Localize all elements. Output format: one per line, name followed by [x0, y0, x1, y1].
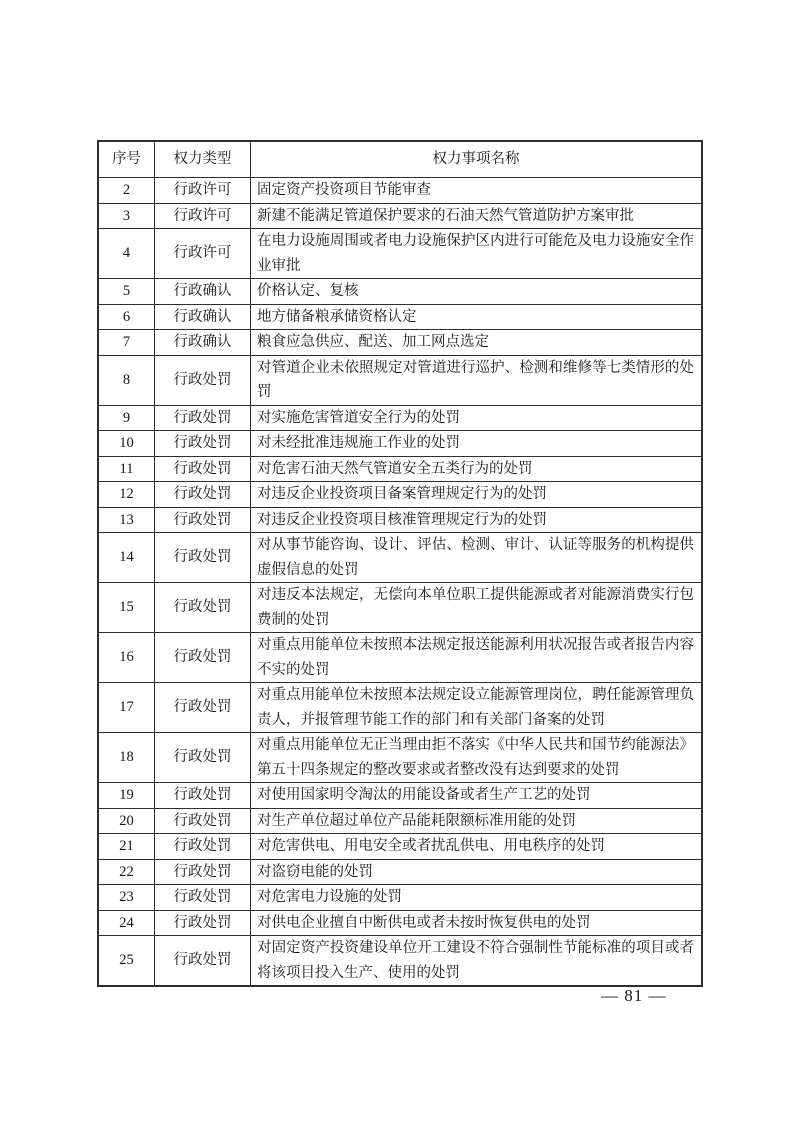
- table-body: 2行政许可固定资产投资项目节能审查3行政许可新建不能满足管道保护要求的石油天然气…: [98, 178, 702, 987]
- power-items-table: 序号 权力类型 权力事项名称 2行政许可固定资产投资项目节能审查3行政许可新建不…: [97, 140, 703, 987]
- table-row: 7行政确认粮食应急供应、配送、加工网点选定: [98, 330, 702, 356]
- header-seq-number: 序号: [98, 141, 155, 178]
- table-row: 22行政处罚对盗窃电能的处罚: [98, 859, 702, 885]
- cell-power-type: 行政处罚: [155, 533, 251, 583]
- cell-power-item-name: 新建不能满足管道保护要求的石油天然气管道防护方案审批: [251, 203, 703, 229]
- cell-power-item-name: 对危害电力设施的处罚: [251, 885, 703, 911]
- cell-seq-number: 3: [98, 203, 155, 229]
- page-number: — 81 —: [601, 986, 701, 1006]
- table-row: 9行政处罚对实施危害管道安全行为的处罚: [98, 405, 702, 431]
- cell-power-item-name: 对供电企业擅自中断供电或者未按时恢复供电的处罚: [251, 910, 703, 936]
- table-row: 23行政处罚对危害电力设施的处罚: [98, 885, 702, 911]
- cell-power-type: 行政处罚: [155, 355, 251, 405]
- cell-power-item-name: 对重点用能单位未按照本法规定报送能源利用状况报告或者报告内容不实的处罚: [251, 633, 703, 683]
- cell-power-item-name: 对生产单位超过单位产品能耗限额标准用能的处罚: [251, 808, 703, 834]
- cell-power-type: 行政处罚: [155, 683, 251, 733]
- cell-seq-number: 6: [98, 304, 155, 330]
- cell-power-item-name: 固定资产投资项目节能审查: [251, 178, 703, 204]
- cell-power-type: 行政处罚: [155, 456, 251, 482]
- table-row: 16行政处罚对重点用能单位未按照本法规定报送能源利用状况报告或者报告内容不实的处…: [98, 633, 702, 683]
- table-row: 4行政许可在电力设施周围或者电力设施保护区内进行可能危及电力设施安全作业审批: [98, 229, 702, 279]
- cell-power-item-name: 价格认定、复核: [251, 279, 703, 305]
- table-row: 2行政许可固定资产投资项目节能审查: [98, 178, 702, 204]
- cell-seq-number: 8: [98, 355, 155, 405]
- table-row: 10行政处罚对未经批准违规施工作业的处罚: [98, 431, 702, 457]
- table-row: 12行政处罚对违反企业投资项目备案管理规定行为的处罚: [98, 482, 702, 508]
- cell-power-type: 行政处罚: [155, 507, 251, 533]
- cell-power-type: 行政处罚: [155, 482, 251, 508]
- cell-seq-number: 12: [98, 482, 155, 508]
- cell-seq-number: 5: [98, 279, 155, 305]
- cell-power-type: 行政处罚: [155, 405, 251, 431]
- cell-seq-number: 25: [98, 936, 155, 987]
- cell-power-type: 行政处罚: [155, 910, 251, 936]
- cell-power-item-name: 对管道企业未依照规定对管道进行巡护、检测和维修等七类情形的处罚: [251, 355, 703, 405]
- table-row: 21行政处罚对危害供电、用电安全或者扰乱供电、用电秩序的处罚: [98, 834, 702, 860]
- cell-seq-number: 9: [98, 405, 155, 431]
- cell-power-type: 行政确认: [155, 330, 251, 356]
- cell-power-item-name: 对实施危害管道安全行为的处罚: [251, 405, 703, 431]
- cell-seq-number: 14: [98, 533, 155, 583]
- header-power-type: 权力类型: [155, 141, 251, 178]
- cell-power-type: 行政确认: [155, 304, 251, 330]
- header-power-item-name: 权力事项名称: [251, 141, 703, 178]
- cell-power-type: 行政许可: [155, 229, 251, 279]
- table-header-row: 序号 权力类型 权力事项名称: [98, 141, 702, 178]
- cell-power-item-name: 对未经批准违规施工作业的处罚: [251, 431, 703, 457]
- table-row: 24行政处罚对供电企业擅自中断供电或者未按时恢复供电的处罚: [98, 910, 702, 936]
- cell-seq-number: 20: [98, 808, 155, 834]
- cell-power-item-name: 对重点用能单位未按照本法规定设立能源管理岗位，聘任能源管理负责人，并报管理节能工…: [251, 683, 703, 733]
- cell-seq-number: 18: [98, 733, 155, 783]
- table-row: 20行政处罚对生产单位超过单位产品能耗限额标准用能的处罚: [98, 808, 702, 834]
- cell-power-type: 行政许可: [155, 178, 251, 204]
- document-page: 序号 权力类型 权力事项名称 2行政许可固定资产投资项目节能审查3行政许可新建不…: [0, 0, 793, 1122]
- cell-power-type: 行政处罚: [155, 583, 251, 633]
- table-row: 14行政处罚对从事节能咨询、设计、评估、检测、审计、认证等服务的机构提供虚假信息…: [98, 533, 702, 583]
- table-row: 6行政确认地方储备粮承储资格认定: [98, 304, 702, 330]
- cell-power-type: 行政许可: [155, 203, 251, 229]
- table-row: 8行政处罚对管道企业未依照规定对管道进行巡护、检测和维修等七类情形的处罚: [98, 355, 702, 405]
- cell-power-item-name: 对从事节能咨询、设计、评估、检测、审计、认证等服务的机构提供虚假信息的处罚: [251, 533, 703, 583]
- cell-power-item-name: 对危害石油天然气管道安全五类行为的处罚: [251, 456, 703, 482]
- cell-power-type: 行政处罚: [155, 885, 251, 911]
- cell-power-type: 行政处罚: [155, 431, 251, 457]
- cell-seq-number: 22: [98, 859, 155, 885]
- cell-seq-number: 17: [98, 683, 155, 733]
- table-row: 15行政处罚对违反本法规定，无偿向本单位职工提供能源或者对能源消费实行包费制的处…: [98, 583, 702, 633]
- cell-seq-number: 21: [98, 834, 155, 860]
- cell-power-type: 行政处罚: [155, 808, 251, 834]
- cell-power-type: 行政处罚: [155, 936, 251, 987]
- cell-seq-number: 4: [98, 229, 155, 279]
- cell-power-type: 行政处罚: [155, 633, 251, 683]
- table-row: 5行政确认价格认定、复核: [98, 279, 702, 305]
- table-row: 3行政许可新建不能满足管道保护要求的石油天然气管道防护方案审批: [98, 203, 702, 229]
- cell-power-item-name: 对违反企业投资项目备案管理规定行为的处罚: [251, 482, 703, 508]
- cell-seq-number: 13: [98, 507, 155, 533]
- cell-power-type: 行政处罚: [155, 859, 251, 885]
- cell-power-item-name: 粮食应急供应、配送、加工网点选定: [251, 330, 703, 356]
- cell-power-item-name: 在电力设施周围或者电力设施保护区内进行可能危及电力设施安全作业审批: [251, 229, 703, 279]
- cell-seq-number: 10: [98, 431, 155, 457]
- cell-power-item-name: 对固定资产投资建设单位开工建设不符合强制性节能标准的项目或者将该项目投入生产、使…: [251, 936, 703, 987]
- cell-seq-number: 7: [98, 330, 155, 356]
- cell-seq-number: 11: [98, 456, 155, 482]
- table-row: 17行政处罚对重点用能单位未按照本法规定设立能源管理岗位，聘任能源管理负责人，并…: [98, 683, 702, 733]
- cell-seq-number: 24: [98, 910, 155, 936]
- cell-power-item-name: 对盗窃电能的处罚: [251, 859, 703, 885]
- cell-power-type: 行政处罚: [155, 783, 251, 809]
- cell-seq-number: 2: [98, 178, 155, 204]
- table-row: 25行政处罚对固定资产投资建设单位开工建设不符合强制性节能标准的项目或者将该项目…: [98, 936, 702, 987]
- table-row: 18行政处罚对重点用能单位无正当理由拒不落实《中华人民共和国节约能源法》第五十四…: [98, 733, 702, 783]
- cell-power-item-name: 对违反本法规定，无偿向本单位职工提供能源或者对能源消费实行包费制的处罚: [251, 583, 703, 633]
- cell-seq-number: 16: [98, 633, 155, 683]
- cell-power-type: 行政处罚: [155, 733, 251, 783]
- cell-seq-number: 23: [98, 885, 155, 911]
- cell-power-type: 行政处罚: [155, 834, 251, 860]
- cell-power-item-name: 地方储备粮承储资格认定: [251, 304, 703, 330]
- cell-seq-number: 15: [98, 583, 155, 633]
- cell-seq-number: 19: [98, 783, 155, 809]
- cell-power-item-name: 对使用国家明令淘汰的用能设备或者生产工艺的处罚: [251, 783, 703, 809]
- cell-power-item-name: 对违反企业投资项目核准管理规定行为的处罚: [251, 507, 703, 533]
- table-row: 13行政处罚对违反企业投资项目核准管理规定行为的处罚: [98, 507, 702, 533]
- cell-power-type: 行政确认: [155, 279, 251, 305]
- cell-power-item-name: 对重点用能单位无正当理由拒不落实《中华人民共和国节约能源法》第五十四条规定的整改…: [251, 733, 703, 783]
- table-row: 19行政处罚对使用国家明令淘汰的用能设备或者生产工艺的处罚: [98, 783, 702, 809]
- table-row: 11行政处罚对危害石油天然气管道安全五类行为的处罚: [98, 456, 702, 482]
- cell-power-item-name: 对危害供电、用电安全或者扰乱供电、用电秩序的处罚: [251, 834, 703, 860]
